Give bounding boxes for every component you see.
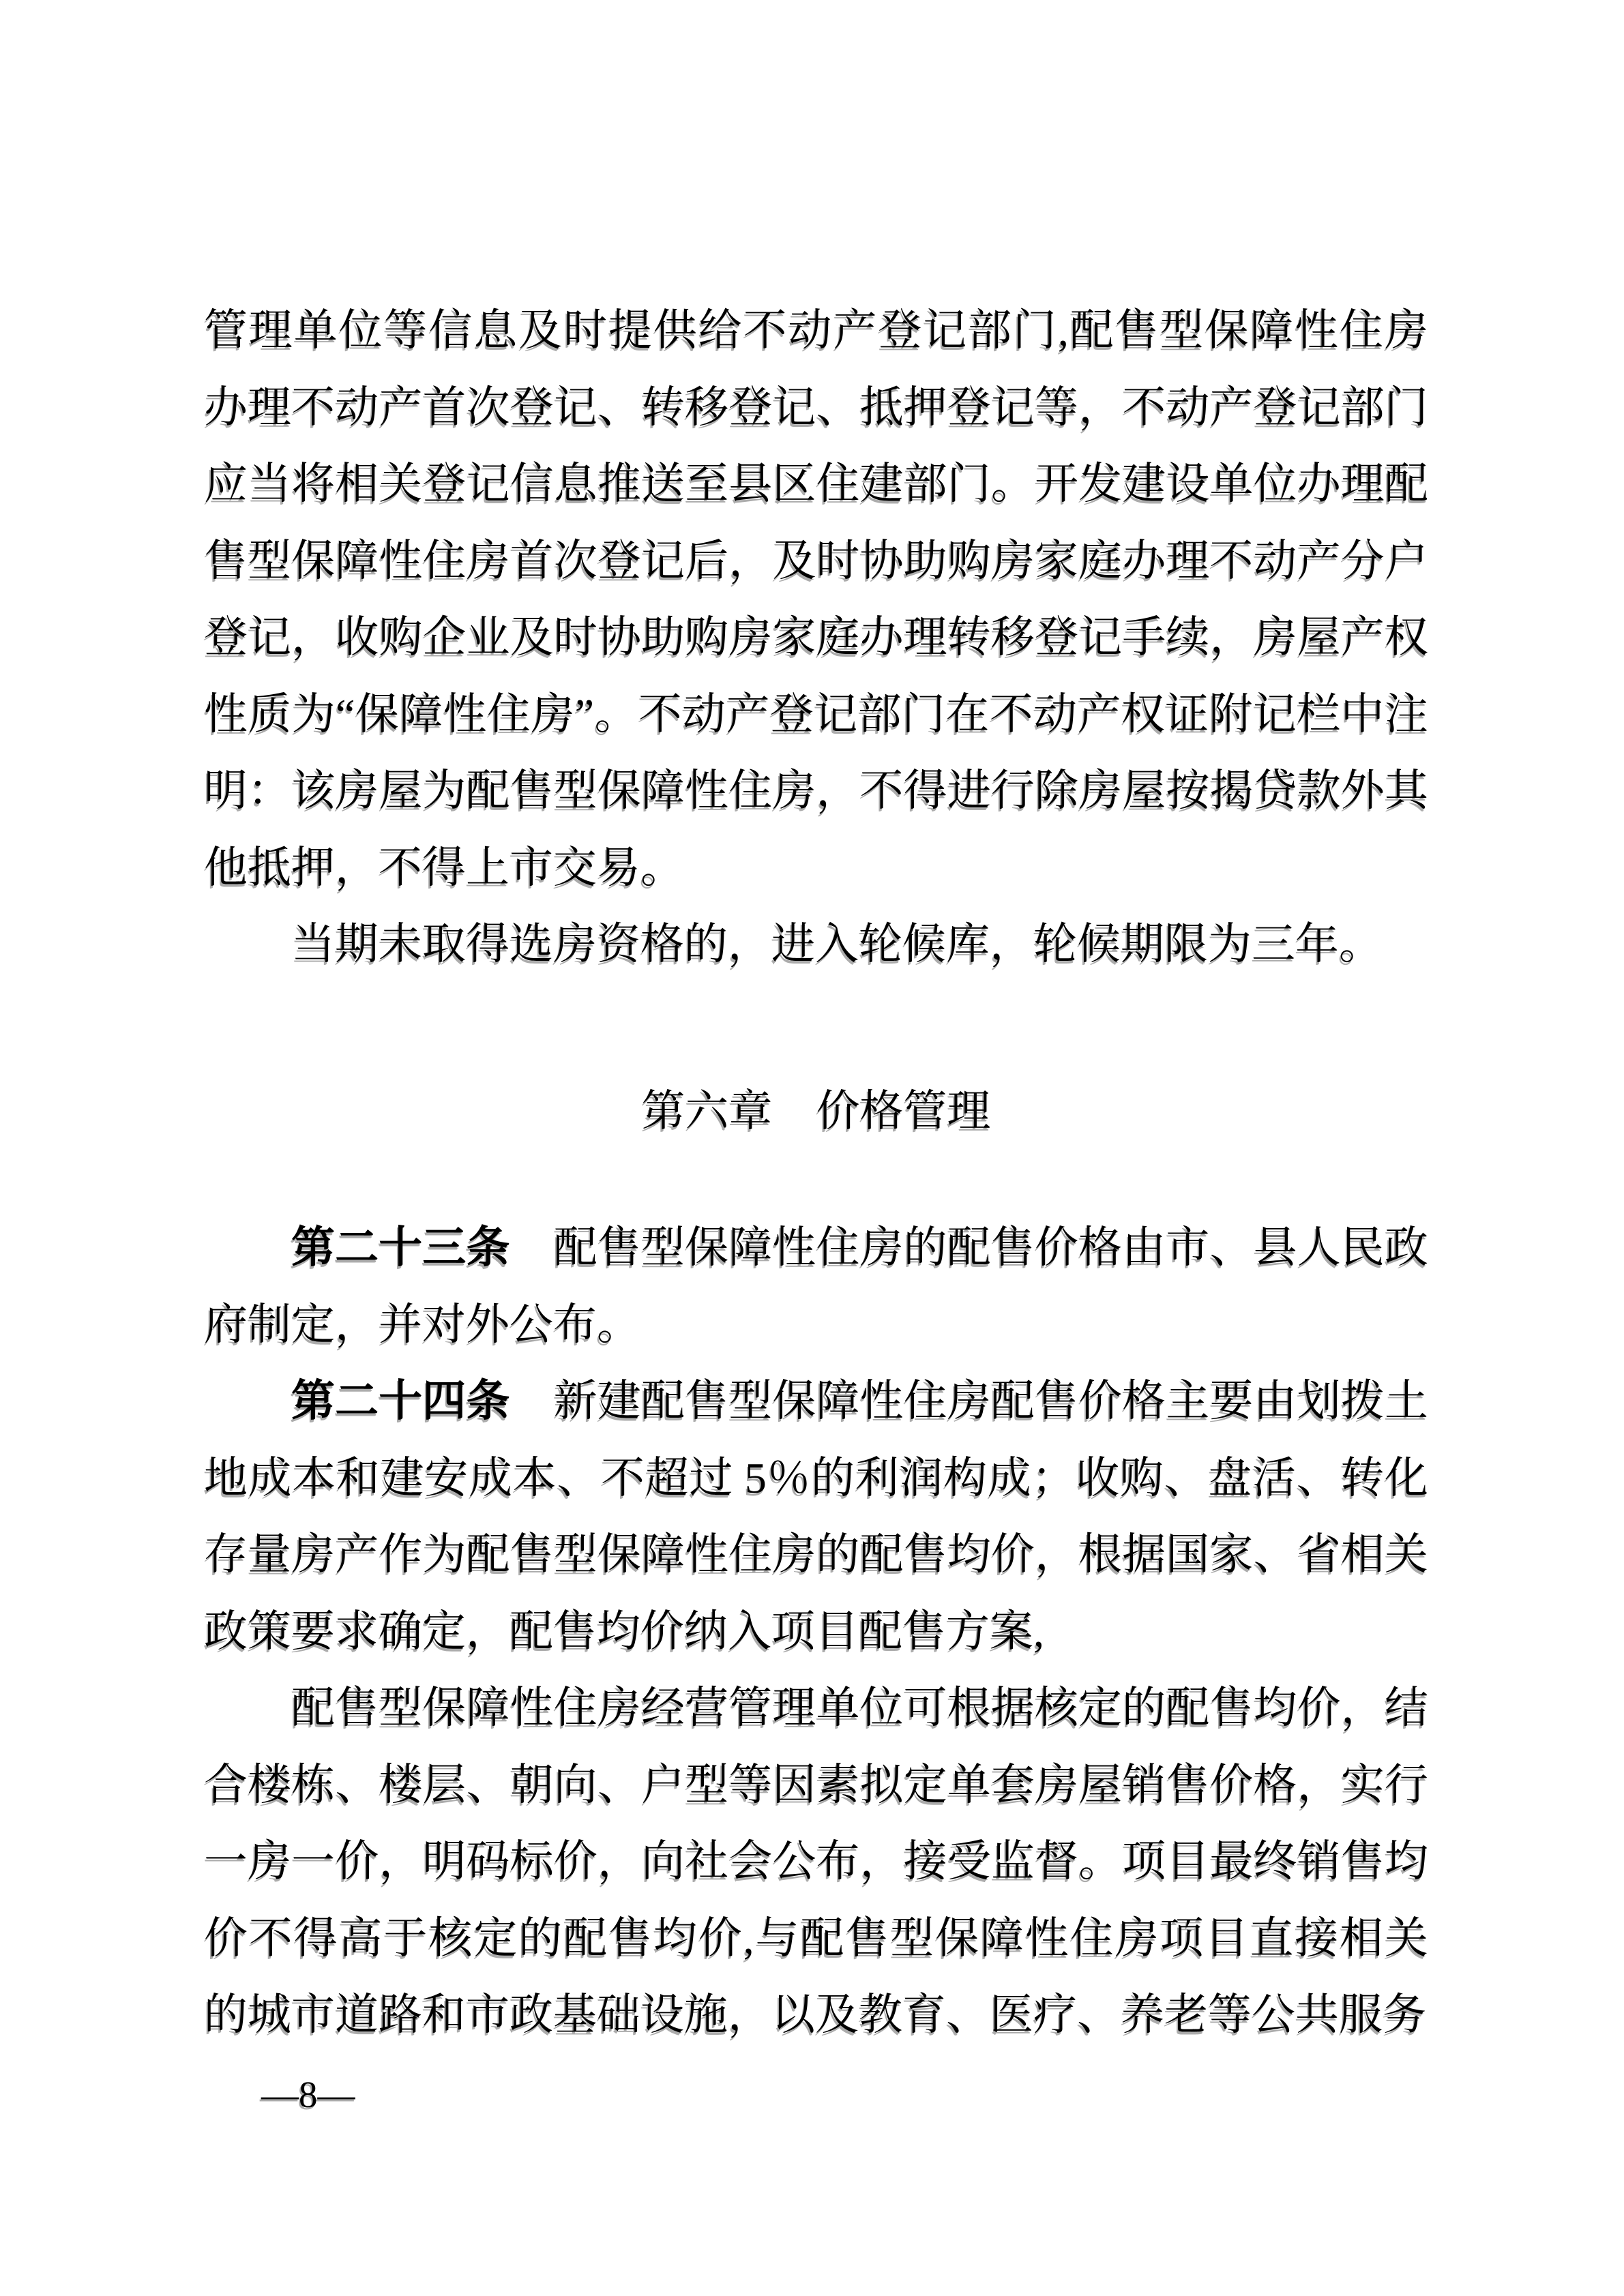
document-page: 管理单位等信息及时提供给不动产登记部门,配售型保障性住房办理不动产首次登记、转移…: [0, 0, 1624, 2296]
paragraph-pricing-management: 配售型保障性住房经营管理单位可根据核定的配售均价，结合楼栋、楼层、朝向、户型等因…: [204, 1670, 1428, 2054]
paragraph-waitlist: 当期未取得选房资格的，进入轮候库，轮候期限为三年。: [204, 906, 1428, 983]
article-23-label: 第二十三条: [291, 1223, 510, 1272]
article-24-label: 第二十四条: [291, 1377, 510, 1425]
paragraph-article-24: 第二十四条 新建配售型保障性住房配售价格主要由划拨土地成本和建安成本、不超过 5…: [204, 1363, 1428, 1670]
paragraph-article-23: 第二十三条 配售型保障性住房的配售价格由市、县人民政府制定，并对外公布。: [204, 1210, 1428, 1363]
paragraph-continuation: 管理单位等信息及时提供给不动产登记部门,配售型保障性住房办理不动产首次登记、转移…: [204, 293, 1428, 906]
document-body: 管理单位等信息及时提供给不动产登记部门,配售型保障性住房办理不动产首次登记、转移…: [204, 293, 1428, 2054]
page-number: —8—: [261, 2074, 355, 2115]
chapter-heading: 第六章 价格管理: [204, 1073, 1428, 1150]
